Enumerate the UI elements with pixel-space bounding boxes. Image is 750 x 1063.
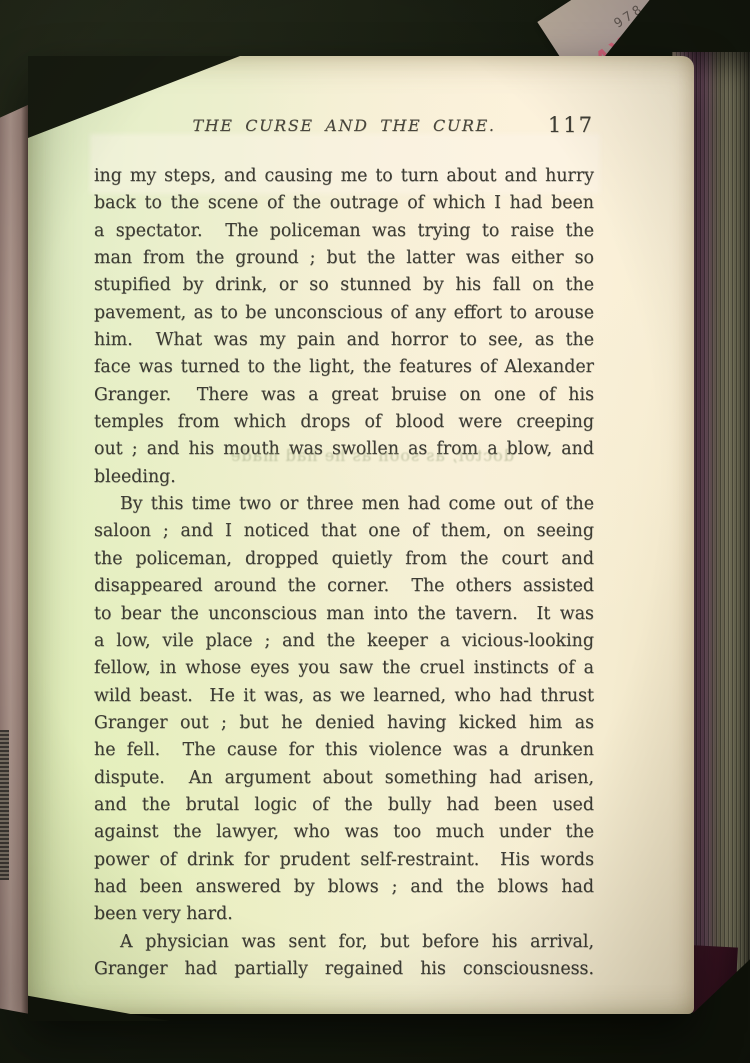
text-line: temples from which drops of blood were c… <box>94 409 594 436</box>
text-line: power of drink for prudent self-restrain… <box>94 847 594 874</box>
page-content: THE CURSE AND THE CURE. 117 ing my steps… <box>28 56 694 1014</box>
running-title: THE CURSE AND THE CURE. <box>94 116 594 135</box>
text-line: wild beast. He it was, as we learned, wh… <box>94 683 594 710</box>
facing-page-text-edge <box>0 730 9 880</box>
text-line: against the lawyer, who was too much und… <box>94 819 594 846</box>
text-line: By this time two or three men had come o… <box>94 491 594 518</box>
text-line: and the brutal logic of the bully had be… <box>94 792 594 819</box>
text-line: to bear the unconscious man into the tav… <box>94 601 594 628</box>
text-line: he fell. The cause for this violence was… <box>94 737 594 764</box>
body-text: ing my steps, and causing me to turn abo… <box>94 163 594 983</box>
text-line: A physician was sent for, but before his… <box>94 929 594 956</box>
text-line: him. What was my pain and horror to see,… <box>94 327 594 354</box>
text-line: Granger had partially regained his consc… <box>94 956 594 983</box>
text-line: a low, vile place ; and the keeper a vic… <box>94 628 594 655</box>
text-line: bleeding. <box>94 464 594 491</box>
text-line: pavement, as to be unconscious of any ef… <box>94 300 594 327</box>
text-line: had been answered by blows ; and the blo… <box>94 874 594 901</box>
text-line: stupified by drink, or so stunned by his… <box>94 272 594 299</box>
facing-page-edge <box>0 104 30 1014</box>
book-page: THE CURSE AND THE CURE. 117 ing my steps… <box>28 56 694 1014</box>
text-line: a spectator. The policeman was trying to… <box>94 218 594 245</box>
text-line: dispute. An argument about something had… <box>94 765 594 792</box>
text-line: Granger. There was a great bruise on one… <box>94 382 594 409</box>
text-line: Granger out ; but he denied having kicke… <box>94 710 594 737</box>
book-photo: 978 1 AY S THE CURSE AND THE CURE. 117 i… <box>0 0 750 1063</box>
text-line: ing my steps, and causing me to turn abo… <box>94 163 594 190</box>
text-line: been very hard. <box>94 901 594 928</box>
text-line: disappeared around the corner. The other… <box>94 573 594 600</box>
text-line: man from the ground ; but the latter was… <box>94 245 594 272</box>
text-line: face was turned to the light, the featur… <box>94 354 594 381</box>
ghost-show-through-text: doctor, as soon as he had made <box>204 446 514 465</box>
text-line: back to the scene of the outrage of whic… <box>94 190 594 217</box>
page-number: 117 <box>548 113 594 137</box>
text-line: the policeman, dropped quietly from the … <box>94 546 594 573</box>
page-header: THE CURSE AND THE CURE. 117 <box>94 116 594 146</box>
text-line: fellow, in whose eyes you saw the cruel … <box>94 655 594 682</box>
text-line: saloon ; and I noticed that one of them,… <box>94 518 594 545</box>
